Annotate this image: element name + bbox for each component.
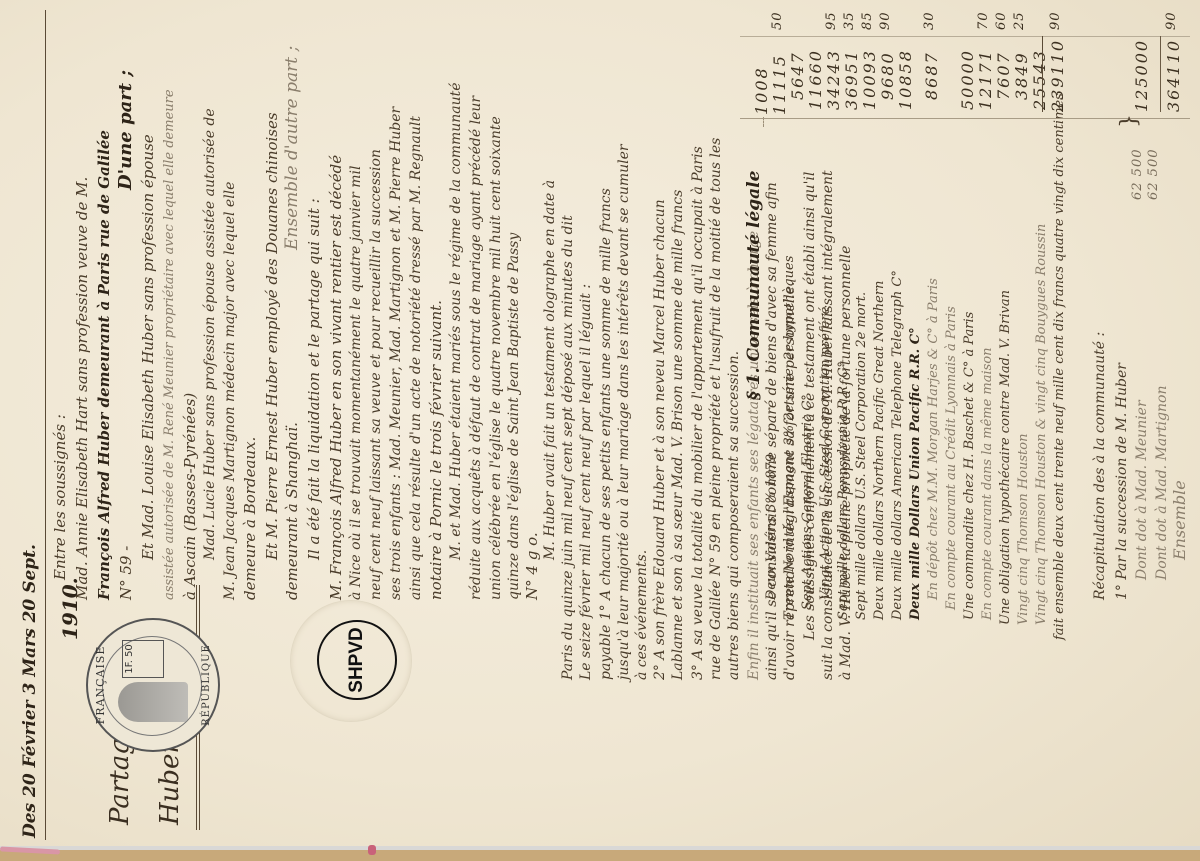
stamp-bottom-text: RÉPUBLIQUE	[201, 620, 212, 750]
amount-francs: 10093	[860, 49, 879, 110]
body-line: Mad. Lucie Huber sans profession épouse …	[200, 108, 220, 560]
body-line: ainsi que cela résulte d'un acte de noto…	[406, 116, 426, 600]
margin-rule	[45, 10, 46, 840]
amount-cents: 35	[842, 11, 857, 30]
body-line: notaire à Pornic le trois février suivan…	[426, 300, 446, 600]
amount-cents: 30	[922, 11, 937, 30]
body-line: quinze dans l'église de Saint Jean Bapti…	[504, 233, 524, 600]
ledger-entry-label: Une obligation hypothécaire contre Mad. …	[996, 290, 1016, 625]
ledger-entry-label: Vingt cinq Thomson Houston	[1014, 434, 1034, 625]
grand-total-rule	[1160, 36, 1161, 112]
body-line: demeurant à Shanghaï.	[282, 422, 302, 600]
body-line: ses trois enfants : Mad. Meunier, Mad. M…	[386, 107, 406, 600]
body-line: Lablanne et son à sa sœur Mad. V. Brison…	[668, 190, 688, 680]
body-line: à ces événements.	[632, 550, 652, 680]
body-line: Entre les soussignés :	[50, 414, 70, 580]
body-line: Et Mad. Louise Elisabeth Huber sans prof…	[138, 134, 158, 560]
amount-francs: 9680	[878, 51, 897, 100]
ledger-entry-label: Deux mille dollars Northern Pacific Grea…	[870, 281, 890, 620]
body-line: autres biens qui composeraient sa succes…	[724, 351, 744, 680]
recap-line: Dont dot à Mad. Meunier	[1132, 400, 1152, 580]
body-line: à Ascain (Basses-Pyrénées)	[180, 393, 200, 600]
ledger-entry-label: En compte courant au Crédit Lyonnais à P…	[942, 306, 962, 610]
body-line: assistée autorisée de M. René Meunier pr…	[160, 89, 180, 600]
recap-line: 1° Par la succession de M. Huber	[1112, 363, 1132, 600]
body-line: jusqu'à leur majorité ou à leur mariage …	[614, 144, 634, 680]
subtotal-cents: 90	[1048, 11, 1063, 30]
body-line: rue de Galilée N° 59 en pleine propriété…	[706, 138, 726, 680]
amount-francs: 12171	[976, 49, 995, 110]
body-line: M. Jean Jacques Martignon médecin major …	[220, 182, 240, 600]
body-line: 2° A son frère Edouard Huber et à son ne…	[650, 199, 670, 680]
ledger-section-title: § 1. Communauté légale	[744, 171, 764, 400]
ledger-entry-label: Deux Voisins 3% 1879	[762, 454, 782, 600]
amount-francs: 11660	[806, 49, 825, 110]
body-line: François Alfred Huber demeurant à Paris …	[94, 130, 114, 600]
document-page: Des 20 Février 3 Mars 20 Sept. 1910. Par…	[0, 0, 1200, 846]
amount-francs: 3849	[1012, 51, 1031, 100]
recap-total: 125000	[1132, 39, 1151, 112]
amount-francs: 11115	[770, 54, 789, 115]
ledger-entry-label: Sept mille dollars U.S. Steel Corporatio…	[852, 292, 872, 620]
amount-francs: 36951	[842, 49, 861, 110]
body-line: D'une part ;	[116, 70, 136, 190]
body-line: à Nice où il se trouvait momentanément l…	[346, 166, 366, 600]
archive-stamp: SHPVD	[317, 620, 397, 700]
body-line: N° 59 -	[116, 546, 136, 600]
amount-francs: 50000	[958, 49, 977, 110]
subtotal-rule	[1042, 36, 1043, 112]
subtotal-francs: 239110	[1048, 39, 1067, 112]
ledger-entry-label: Trente Nord de l'Espagne 3% 2e série. 2e…	[780, 256, 800, 620]
amount-cents: 95	[824, 11, 839, 30]
recap-title: Récapitulation des à la communauté :	[1090, 332, 1110, 600]
body-line: réduite aux acquêts à défaut de contrat …	[466, 96, 486, 600]
grand-total-cents: 90	[1164, 11, 1179, 30]
amount-francs: 7607	[994, 51, 1013, 100]
body-line: demeure à Bordeaux.	[240, 437, 260, 600]
grand-total-francs: 364110	[1164, 39, 1183, 112]
ledger-entry-label: Une commandite chez H. Baschet & C° à Pa…	[960, 312, 980, 620]
body-line: N° 4 g o.	[522, 532, 542, 600]
ledger-entry-label: Deux mille dollars American Telephone Te…	[888, 270, 908, 620]
brace-icon: }	[1120, 114, 1140, 128]
body-line: payable 1° A chacun de ses petits enfant…	[596, 188, 616, 680]
body-line: Et M. Pierre Ernest Huber employé des Do…	[262, 112, 282, 560]
ledger-entry-label: Vingt Actions U.S. Steel Corporation pré…	[816, 307, 836, 600]
grand-total-label: Ensemble	[1170, 480, 1190, 560]
ledger-entry-label: Sept Actions General Electric C°	[798, 394, 818, 610]
ledger-cents-rule	[740, 36, 1190, 37]
ledger-entry-label: Vingt cinq Thomson Houston & vingt cinq …	[1032, 224, 1052, 625]
stamp-value: 1F. 50	[122, 640, 164, 678]
body-line: M. Huber avait fait un testament olograp…	[540, 180, 560, 560]
amount-cents: 85	[860, 11, 875, 30]
body-line: Paris du quinze juin mil neuf cent sept …	[558, 215, 578, 680]
ledger-subtotal-text: fait ensemble deux cent trente neuf mill…	[1050, 93, 1070, 640]
stamp-top-text: FRANÇAISE	[94, 620, 107, 750]
body-line: Il a été fait la liquidation et le parta…	[304, 198, 324, 560]
ledger-entry-label: Deux mille Dollars Union Pacific R.R. C°	[906, 327, 926, 620]
recap-line: Dont dot à Mad. Martignon	[1152, 386, 1172, 580]
amount-cents: 90	[878, 11, 893, 30]
body-line: Ensemble d'autre part ;	[282, 46, 302, 250]
ledger-entry-label: En compte courant dans la même maison	[978, 347, 998, 620]
amount-cents: 60	[994, 11, 1009, 30]
marianne-figure-icon	[118, 682, 188, 722]
binding-thread	[368, 845, 376, 855]
amount-francs: 5647	[788, 51, 807, 100]
amount-francs: 25543	[1030, 49, 1049, 110]
body-line: 3° A sa veuve la totalité du mobilier de…	[688, 146, 708, 680]
body-line: M. et Mad. Huber étaient mariés sous le …	[446, 82, 466, 560]
body-line: Le seize février mil neuf cent neuf par …	[576, 284, 596, 680]
amount-francs: 8687	[922, 51, 941, 100]
amount-francs: 1008	[752, 66, 771, 115]
ledger-entry-label: Sept mille dollars Pennsylvania R.R. C°	[834, 361, 854, 620]
recap-value: 62 500	[1146, 149, 1161, 201]
amount-cents: 50	[770, 11, 785, 30]
binding-edge	[0, 846, 1200, 861]
amount-francs: 10858	[896, 49, 915, 110]
date-margin-note: Des 20 Février 3 Mars 20 Sept.	[20, 544, 40, 838]
amount-cents: 70	[976, 11, 991, 30]
body-line: ainsi qu'il se considérait comme séparé …	[762, 182, 782, 680]
body-line: union célébrée en l'église le quatre nov…	[486, 116, 506, 600]
body-line: Mad. Annie Elisabeth Hart sans professio…	[72, 177, 92, 600]
recap-value: 62 500	[1130, 149, 1145, 201]
revenue-stamp: FRANÇAISE 1F. 50 RÉPUBLIQUE	[86, 618, 220, 752]
body-line: neuf cent neuf laissant sa veuve et pour…	[366, 149, 386, 600]
body-line: M. François Alfred Huber en son vivant r…	[326, 155, 346, 600]
amount-francs: 34243	[824, 49, 843, 110]
amount-cents: 25	[1012, 11, 1027, 30]
ledger-entry-label: En dépôt chez M.M. Morgan Harjes & C° à …	[924, 278, 944, 600]
archive-stamp-text: SHPVD	[319, 622, 395, 698]
